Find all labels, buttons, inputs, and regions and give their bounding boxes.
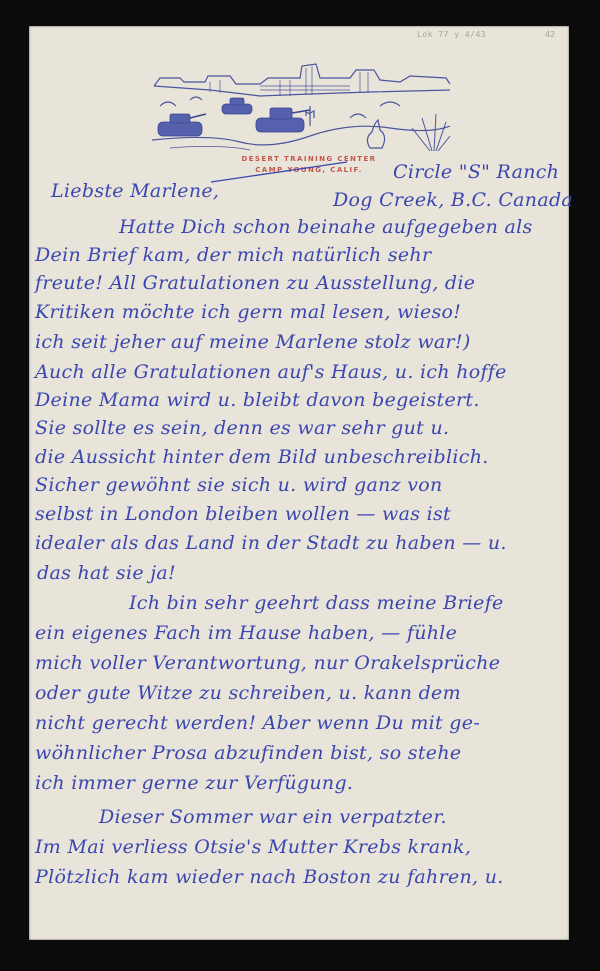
body-line: die Aussicht hinter dem Bild unbeschreib… [35, 446, 489, 468]
body-line: wöhnlicher Prosa abzufinden bist, so ste… [35, 742, 461, 764]
body-line: Sie sollte es sein, denn es war sehr gut… [35, 417, 449, 439]
salutation: Liebste Marlene, [51, 180, 219, 202]
body-line: Deine Mama wird u. bleibt davon begeiste… [35, 389, 480, 411]
body-line: freute! All Gratulationen zu Ausstellung… [35, 272, 475, 294]
letterhead-illustration-icon [150, 56, 452, 152]
body-line: oder gute Witze zu schreiben, u. kann de… [35, 682, 461, 704]
body-line: Sicher gewöhnt sie sich u. wird ganz von [35, 474, 443, 496]
body-line: Dieser Sommer war ein verpatzter. [99, 806, 447, 828]
body-line: Im Mai verliess Otsie's Mutter Krebs kra… [35, 836, 471, 858]
body-line: ein eigenes Fach im Hause haben, — fühle [35, 622, 457, 644]
address-line-1: Circle "S" Ranch [393, 161, 559, 183]
body-line: selbst in London bleiben wollen — was is… [35, 503, 451, 525]
ink-strike-line-icon [209, 160, 349, 184]
body-line: Hatte Dich schon beinahe aufgegeben als [119, 216, 533, 238]
body-line: Plötzlich kam wieder nach Boston zu fahr… [35, 866, 504, 888]
body-line: das hat sie ja! [37, 562, 176, 584]
body-line: Kritiken möchte ich gern mal lesen, wies… [35, 301, 461, 323]
body-line: ich seit jeher auf meine Marlene stolz w… [35, 331, 471, 353]
body-line: mich voller Verantwortung, nur Orakelspr… [35, 652, 500, 674]
body-line: Ich bin sehr geehrt dass meine Briefe [129, 592, 504, 614]
body-line: Auch alle Gratulationen auf's Haus, u. i… [35, 361, 507, 383]
address-line-2: Dog Creek, B.C. Canada [333, 189, 573, 211]
archive-pencil-note: Lok 77 y 4/43 [417, 30, 486, 39]
body-line: ich immer gerne zur Verfügung. [35, 772, 353, 794]
body-line: Dein Brief kam, der mich natürlich sehr [35, 244, 431, 266]
letter-page: Lok 77 y 4/43 42 [29, 26, 569, 940]
body-line: idealer als das Land in der Stadt zu hab… [35, 532, 507, 554]
page-number: 42 [545, 30, 555, 39]
body-line: nicht gerecht werden! Aber wenn Du mit g… [35, 712, 480, 734]
